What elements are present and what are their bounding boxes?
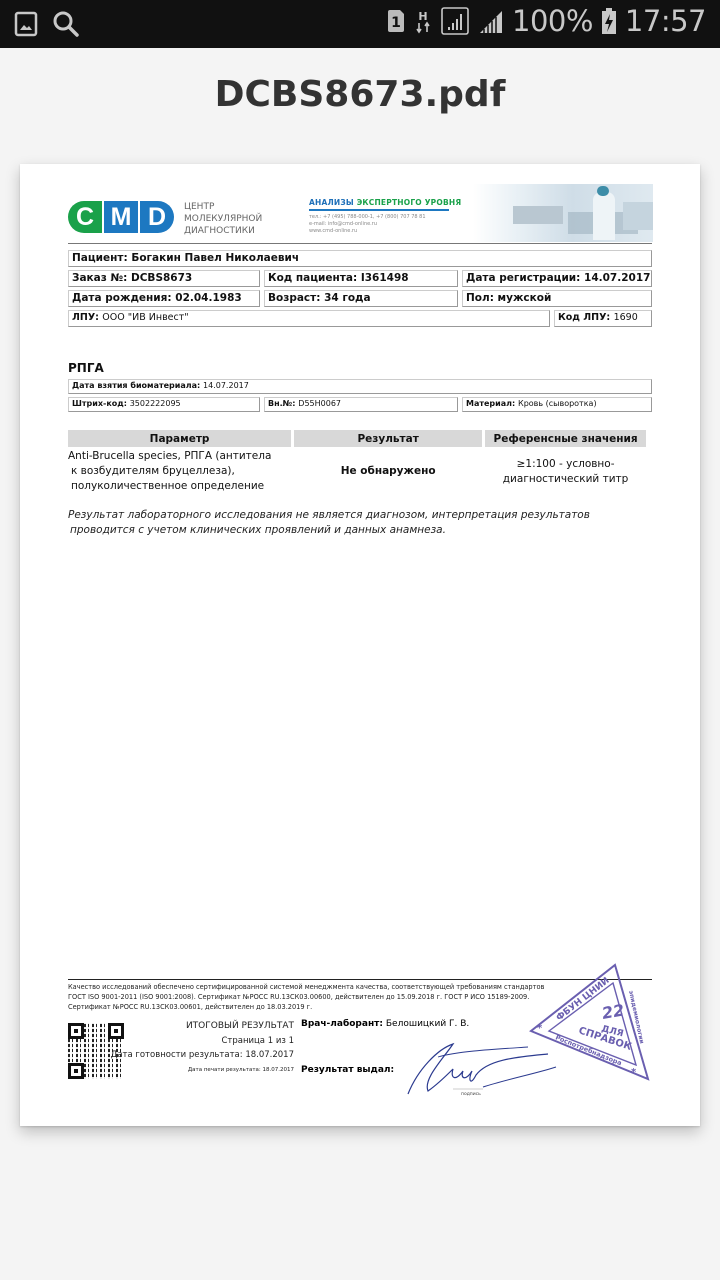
- field-value: Богакин Павел Николаевич: [131, 252, 299, 264]
- disclaimer-line: Результат лабораторного исследования не …: [68, 508, 652, 523]
- sex-field: Пол: мужской: [462, 290, 652, 307]
- field-label: Штрих-код:: [72, 399, 127, 408]
- field-value: 14.07.2017: [584, 272, 650, 284]
- parameter-line: Anti-Brucella species, РПГА (антитела: [68, 449, 291, 464]
- h-data-icon: H: [414, 7, 432, 35]
- parameter-line: к возбудителям бруцеллеза),: [68, 464, 291, 479]
- tagline-green: ЭКСПЕРТНОГО УРОВНЯ: [357, 198, 462, 207]
- field-label: Дата рождения:: [72, 292, 172, 304]
- parameter-line: полуколичественное определение: [68, 479, 291, 494]
- sim-1-icon: 1: [386, 8, 406, 34]
- logo-letter-d: D: [140, 201, 174, 233]
- svg-text:*: *: [537, 1023, 543, 1034]
- header-parameter: Параметр: [68, 430, 291, 447]
- disclaimer-line: проводится с учетом клинических проявлен…: [68, 523, 652, 538]
- material-field: Материал: Кровь (сыворотка): [462, 397, 652, 412]
- field-value: 14.07.2017: [203, 381, 249, 390]
- header-reference: Референсные значения: [485, 430, 646, 447]
- final-result-label: ИТОГОВЫЙ РЕЗУЛЬТАТ: [111, 1019, 294, 1034]
- print-date: Дата печати результата: 18.07.2017: [111, 1063, 294, 1078]
- lpu-field: ЛПУ: ООО "ИВ Инвест": [68, 310, 550, 327]
- issued-by-label: Результат выдал:: [301, 1065, 394, 1075]
- field-value: 1690: [614, 312, 638, 323]
- birth-date-field: Дата рождения: 02.04.1983: [68, 290, 260, 307]
- field-label: Материал:: [466, 399, 515, 408]
- report-header: C M D ЦЕНТР МОЛЕКУЛЯРНОЙ ДИАГНОСТИКИ АНА…: [68, 182, 652, 244]
- tagline-underline: [309, 209, 449, 211]
- result-info: ИТОГОВЫЙ РЕЗУЛЬТАТ Страница 1 из 1 Дата …: [111, 1019, 294, 1077]
- document-title: DCBS8673.pdf: [0, 74, 720, 115]
- clock: 17:57: [625, 4, 706, 38]
- field-value: D55H0067: [298, 399, 341, 408]
- field-label: Код ЛПУ:: [558, 312, 610, 323]
- contact-phone: тел.: +7 (495) 788-000-1, +7 (800) 707 7…: [309, 214, 426, 221]
- signature-caption: подпись: [461, 1092, 481, 1097]
- pdf-page[interactable]: C M D ЦЕНТР МОЛЕКУЛЯРНОЙ ДИАГНОСТИКИ АНА…: [20, 164, 700, 1126]
- field-value: DCBS8673: [131, 272, 192, 284]
- sample-date-field: Дата взятия биоматериала: 14.07.2017: [68, 379, 652, 394]
- contacts: тел.: +7 (495) 788-000-1, +7 (800) 707 7…: [309, 214, 426, 235]
- stamp: ФБУН ЦНИИ эпидемиологии Роспотребнадзора…: [523, 961, 653, 1086]
- doctor-name: Белошицкий Г. В.: [386, 1019, 469, 1029]
- center-name: ЦЕНТР МОЛЕКУЛЯРНОЙ ДИАГНОСТИКИ: [184, 201, 262, 237]
- parameter-cell: Anti-Brucella species, РПГА (антитела к …: [68, 447, 291, 494]
- cmd-logo: C M D: [68, 201, 174, 233]
- patient-code-field: Код пациента: I361498: [264, 270, 458, 287]
- table-row: Anti-Brucella species, РПГА (антитела к …: [68, 447, 646, 494]
- field-label: Возраст:: [268, 292, 320, 304]
- field-label: Пол:: [466, 292, 494, 304]
- barcode-field: Штрих-код: 3502222095: [68, 397, 260, 412]
- field-label: Дата регистрации:: [466, 272, 580, 284]
- svg-text:1: 1: [391, 15, 401, 31]
- field-label: Дата взятия биоматериала:: [72, 381, 200, 390]
- svg-text:H: H: [418, 10, 427, 23]
- page-number: Страница 1 из 1: [111, 1034, 294, 1049]
- tagline: АНАЛИЗЫ ЭКСПЕРТНОГО УРОВНЯ: [309, 198, 461, 207]
- reference-line: диагностический титр: [485, 472, 646, 487]
- lpu-code-field: Код ЛПУ: 1690: [554, 310, 652, 327]
- test-title: РПГА: [68, 361, 652, 375]
- report-footer: Качество исследований обеспечено сертифи…: [68, 979, 652, 1012]
- field-value: ООО "ИВ Инвест": [102, 312, 188, 323]
- field-value: Кровь (сыворотка): [518, 399, 597, 408]
- age-field: Возраст: 34 года: [264, 290, 458, 307]
- search-icon[interactable]: [52, 10, 80, 38]
- internal-number-field: Вн.№: D55H0067: [264, 397, 458, 412]
- contact-email: e-mail: info@cmd-online.ru: [309, 221, 426, 228]
- field-value: 02.04.1983: [175, 292, 241, 304]
- field-label: Вн.№:: [268, 399, 296, 408]
- lab-report: C M D ЦЕНТР МОЛЕКУЛЯРНОЙ ДИАГНОСТИКИ АНА…: [68, 182, 652, 538]
- battery-percent: 100%: [512, 4, 593, 38]
- svg-text:*: *: [631, 1067, 637, 1078]
- logo-letter-c: C: [68, 201, 102, 233]
- header-result: Результат: [294, 430, 482, 447]
- doctor-label: Врач-лаборант:: [301, 1019, 383, 1029]
- field-value: I361498: [361, 272, 409, 284]
- center-name-line: ЦЕНТР: [184, 201, 262, 213]
- signal-sim2-icon: [478, 7, 504, 35]
- reference-cell: ≥1:100 - условно- диагностический титр: [485, 447, 646, 494]
- field-label: Код пациента:: [268, 272, 357, 284]
- field-value: 3502222095: [130, 399, 181, 408]
- field-value: 34 года: [324, 292, 371, 304]
- field-value: мужской: [498, 292, 552, 304]
- field-label: Заказ №:: [72, 272, 127, 284]
- status-bar: 1 H 100% 17:57: [0, 0, 720, 48]
- tagline-blue: АНАЛИЗЫ: [309, 198, 354, 207]
- signal-sim1-icon: [440, 6, 470, 36]
- disclaimer: Результат лабораторного исследования не …: [68, 508, 652, 538]
- center-name-line: МОЛЕКУЛЯРНОЙ: [184, 213, 262, 225]
- order-number-field: Заказ №: DCBS8673: [68, 270, 260, 287]
- contact-website: www.cmd-online.ru: [309, 228, 426, 235]
- field-label: Пациент:: [72, 252, 128, 264]
- ready-date: Дата готовности результата: 18.07.2017: [111, 1048, 294, 1063]
- results-table: Параметр Результат Референсные значения …: [65, 430, 649, 494]
- gallery-icon: [14, 11, 38, 37]
- battery-charging-icon: [601, 7, 617, 35]
- reference-line: ≥1:100 - условно-: [485, 457, 646, 472]
- center-name-line: ДИАГНОСТИКИ: [184, 225, 262, 237]
- registration-date-field: Дата регистрации: 14.07.2017: [462, 270, 652, 287]
- field-label: ЛПУ:: [72, 312, 99, 323]
- result-cell: Не обнаружено: [294, 447, 482, 494]
- logo-letter-m: M: [104, 201, 138, 233]
- patient-name-field: Пациент: Богакин Павел Николаевич: [68, 250, 652, 267]
- lab-photo: [473, 184, 653, 242]
- stamp-number: 22: [600, 1000, 625, 1023]
- doctor-field: Врач-лаборант: Белошицкий Г. В.: [301, 1019, 469, 1029]
